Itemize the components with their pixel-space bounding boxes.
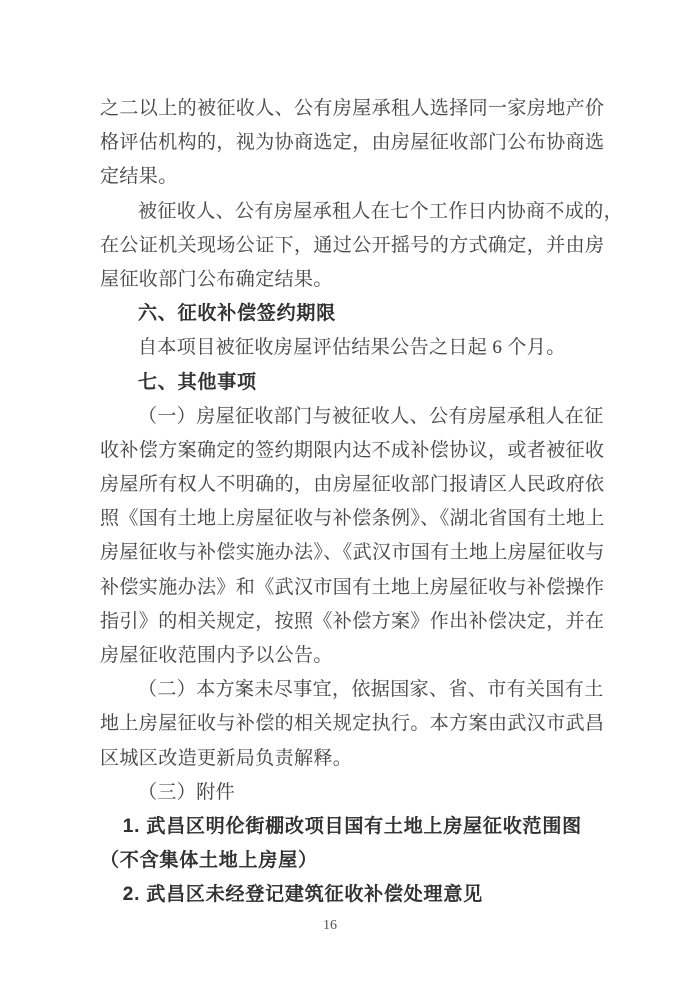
- text-line: （一）房屋征收部门与被征收人、公有房屋承租人在征: [100, 400, 600, 434]
- text-line: 屋征收部门公布确定结果。: [100, 263, 600, 297]
- text-line: （三）附件: [100, 776, 600, 810]
- text-line: 地上房屋征收与补偿的相关规定执行。本方案由武汉市武昌: [100, 707, 600, 741]
- text-line: 2. 武昌区未经登记建筑征收补偿处理意见: [100, 878, 600, 912]
- text-line: 1. 武昌区明伦街棚改项目国有土地上房屋征收范围图: [100, 810, 600, 844]
- page-number: 16: [280, 918, 380, 934]
- text-line: 七、其他事项: [100, 366, 600, 400]
- text-line: 照《国有土地上房屋征收与补偿条例》、《湖北省国有土地上: [100, 502, 600, 536]
- text-line: 指引》的相关规定，按照《补偿方案》作出补偿决定，并在: [100, 605, 600, 639]
- text-line: 补偿实施办法》和《武汉市国有土地上房屋征收与补偿操作: [100, 571, 600, 605]
- text-line: 房屋征收范围内予以公告。: [100, 639, 600, 673]
- text-line: 在公证机关现场公证下，通过公开摇号的方式确定，并由房: [100, 229, 600, 263]
- document-page: 之二以上的被征收人、公有房屋承租人选择同一家房地产价格评估机构的，视为协商选定，…: [0, 0, 699, 990]
- text-line: 区城区改造更新局负责解释。: [100, 742, 600, 776]
- text-line: 定结果。: [100, 160, 600, 194]
- text-line: 自本项目被征收房屋评估结果公告之日起 6 个月。: [100, 331, 600, 365]
- text-line: 被征收人、公有房屋承租人在七个工作日内协商不成的，: [100, 195, 600, 229]
- text-line: 房屋所有权人不明确的，由房屋征收部门报请区人民政府依: [100, 468, 600, 502]
- text-line: 房屋征收与补偿实施办法》、《武汉市国有土地上房屋征收与: [100, 536, 600, 570]
- text-line: （不含集体土地上房屋）: [100, 844, 600, 878]
- text-line: （二）本方案未尽事宜，依据国家、省、市有关国有土: [100, 673, 600, 707]
- text-line: 收补偿方案确定的签约期限内达不成补偿协议，或者被征收: [100, 434, 600, 468]
- text-line: 之二以上的被征收人、公有房屋承租人选择同一家房地产价: [100, 92, 600, 126]
- document-body: 之二以上的被征收人、公有房屋承租人选择同一家房地产价格评估机构的，视为协商选定，…: [100, 92, 600, 913]
- text-line: 格评估机构的，视为协商选定，由房屋征收部门公布协商选: [100, 126, 600, 160]
- text-line: 六、征收补偿签约期限: [100, 297, 600, 331]
